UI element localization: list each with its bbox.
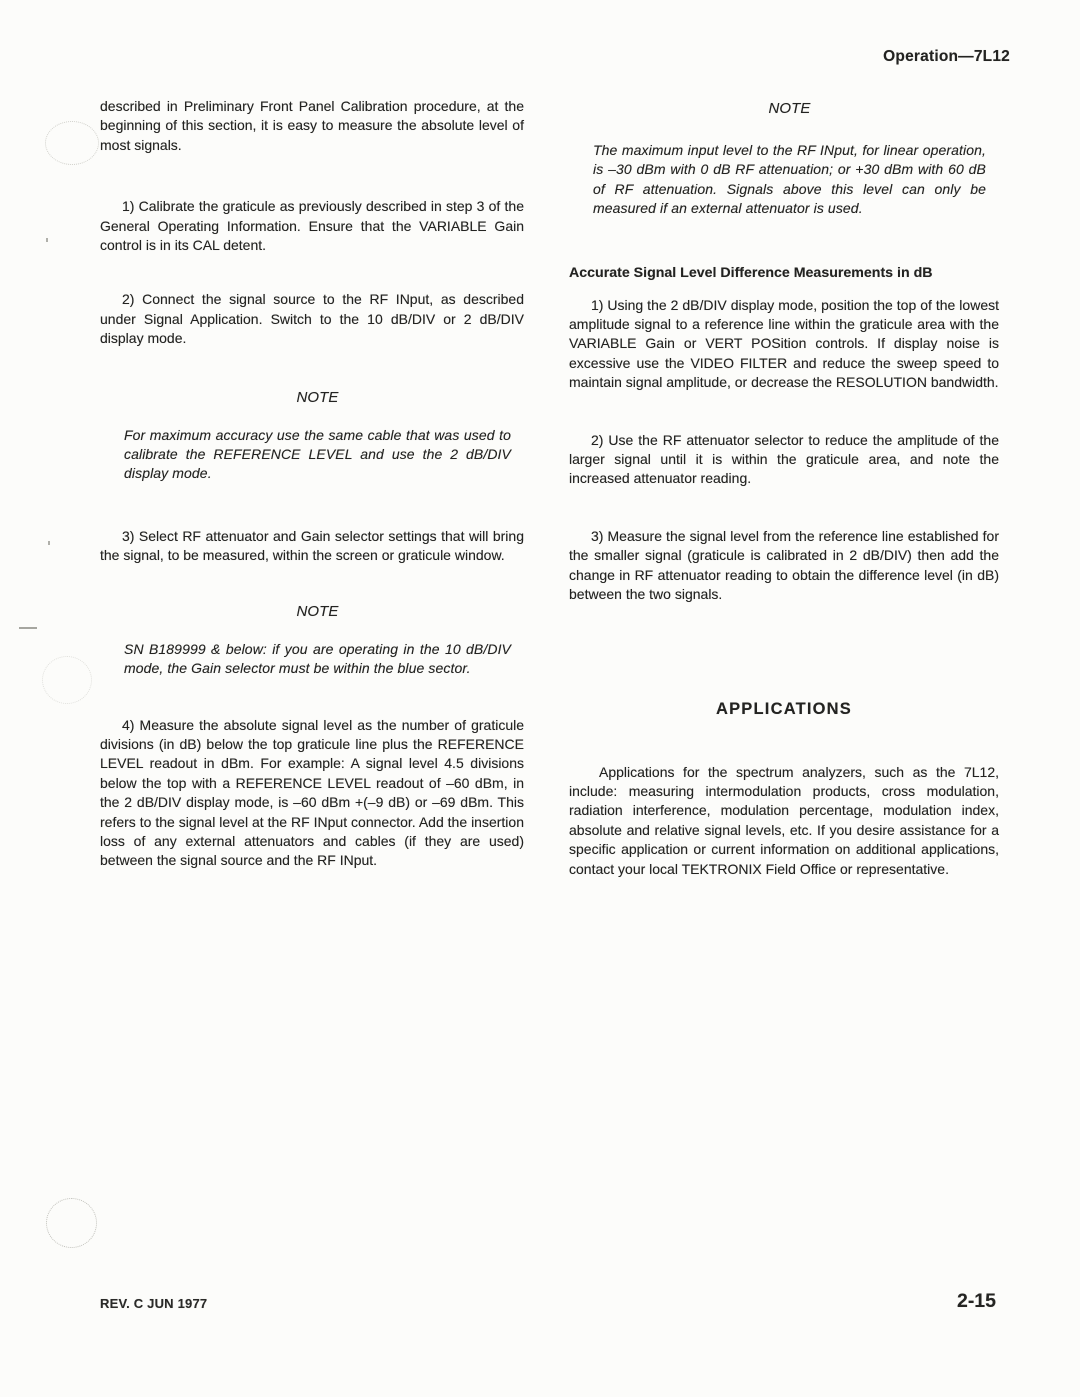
manual-page: Operation—7L12 described in Preliminary … — [0, 0, 1080, 1397]
note-label: NOTE — [124, 603, 511, 620]
intro-paragraph: described in Preliminary Front Panel Cal… — [100, 97, 524, 155]
step-1-paragraph: 1) Calibrate the graticule as previously… — [100, 197, 524, 255]
note-body: The maximum input level to the RF INput,… — [593, 141, 986, 219]
note-body: For maximum accuracy use the same cable … — [124, 426, 511, 484]
footer-page-number: 2-15 — [957, 1290, 996, 1313]
right-column: NOTE The maximum input level to the RF I… — [569, 95, 999, 879]
note-label: NOTE — [124, 389, 511, 406]
step-3-paragraph: 3) Measure the signal level from the ref… — [569, 527, 999, 605]
scan-artifact-circle — [46, 1198, 97, 1248]
section-subheading: Accurate Signal Level Difference Measure… — [569, 264, 999, 282]
scan-artifact-circle — [42, 656, 92, 704]
footer-revision: REV. C JUN 1977 — [100, 1296, 207, 1311]
applications-heading: APPLICATIONS — [569, 700, 999, 719]
note-label: NOTE — [593, 100, 986, 117]
step-2-paragraph: 2) Use the RF attenuator selector to red… — [569, 431, 999, 489]
scan-artifact-circle — [45, 121, 99, 165]
left-column: described in Preliminary Front Panel Cal… — [100, 97, 524, 871]
applications-paragraph: Applications for the spectrum analyzers,… — [569, 763, 999, 879]
note-body: SN B189999 & below: if you are operating… — [124, 640, 511, 679]
step-4-paragraph: 4) Measure the absolute signal level as … — [100, 716, 524, 871]
step-3-paragraph: 3) Select RF attenuator and Gain selecto… — [100, 527, 524, 566]
step-1-paragraph: 1) Using the 2 dB/DIV display mode, posi… — [569, 296, 999, 393]
page-header-title: Operation—7L12 — [883, 48, 1010, 66]
step-2-paragraph: 2) Connect the signal source to the RF I… — [100, 290, 524, 348]
scan-artifact-speck — [48, 541, 50, 545]
scan-artifact-speck — [46, 238, 48, 242]
scan-artifact-dash — [19, 627, 37, 629]
